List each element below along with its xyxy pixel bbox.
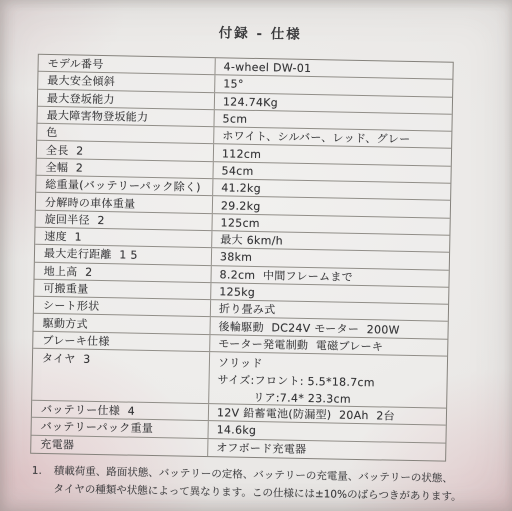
spec-label: バッテリー仕様 4 <box>32 401 209 421</box>
spec-value-line: ソリッド <box>218 354 263 372</box>
spec-label: バッテリーパック重量 <box>32 418 209 438</box>
spec-label: 駆動方式 <box>34 314 211 334</box>
footnote-number: 1. <box>31 462 54 498</box>
spec-label: 分解時の車体重量 <box>36 193 213 213</box>
spec-value: ソリッドサイズ:フロント: 5.5*18.7cmリア:7.4* 23.3cm <box>209 352 447 408</box>
document-page: 付録 - 仕様 モデル番号 4-wheel DW-01 最大安全傾斜 15° 最… <box>0 0 512 511</box>
footnote-line-2: タイヤの種類や状態によって異なります。この仕様には±10%のばらつきがあります。 <box>53 483 461 503</box>
footnote-text: 積載荷重、路面状態、バッテリーの定格、バッテリーの充電量、バッテリーの状態、タイ… <box>53 462 472 506</box>
spec-value: オフボード充電器 <box>208 439 445 461</box>
spec-label: 全幅 2 <box>37 159 214 179</box>
spec-label: 最大障害物登坂能力 <box>38 107 215 127</box>
spec-label: 総重量(バッテリーパック除く) <box>36 176 213 196</box>
spec-label: 充電器 <box>31 435 208 456</box>
page-title: 付録 - 仕様 <box>4 17 512 47</box>
spec-label: 速度 1 <box>35 228 212 248</box>
spec-label: 最大安全傾斜 <box>38 72 215 92</box>
spec-label: 全長 2 <box>37 141 214 161</box>
spec-label: モデル番号 <box>39 55 216 75</box>
spec-label: タイヤ 3 <box>32 349 210 403</box>
spec-label: 地上高 2 <box>35 262 212 282</box>
spec-label: 旋回半径 2 <box>36 210 213 230</box>
spec-label: 色 <box>37 124 214 144</box>
spec-label: 最大走行距離 1 5 <box>35 245 212 265</box>
footnote-line-1: 積載荷重、路面状態、バッテリーの定格、バッテリーの充電量、バッテリーの状態、 <box>54 465 453 485</box>
spec-row: タイヤ 3 ソリッドサイズ:フロント: 5.5*18.7cmリア:7.4* 23… <box>32 349 447 409</box>
spec-label: シート形状 <box>34 297 211 317</box>
spec-table: モデル番号 4-wheel DW-01 最大安全傾斜 15° 最大登坂能力 12… <box>30 54 454 462</box>
spec-label: 最大登坂能力 <box>38 89 215 109</box>
spec-label: ブレーキ仕様 <box>33 331 210 351</box>
photo-background: 付録 - 仕様 モデル番号 4-wheel DW-01 最大安全傾斜 15° 最… <box>0 0 512 511</box>
spec-label: 可搬重量 <box>34 280 211 300</box>
footnote: 1. 積載荷重、路面状態、バッテリーの定格、バッテリーの充電量、バッテリーの状態… <box>31 462 472 506</box>
